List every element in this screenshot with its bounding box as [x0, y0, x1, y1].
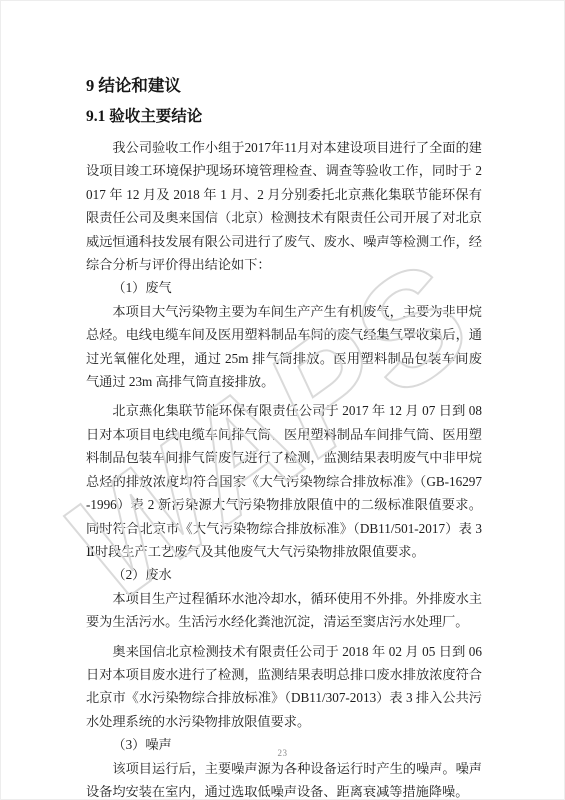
- paragraph-waste-gas-1: 本项目大气污染物主要为车间生产产生有机废气，主要为非甲烷总烃。电线电缆车间及医用…: [86, 300, 482, 394]
- paragraph-noise-1: 该项目运行后，主要噪声源为各种设备运行时产生的噪声。噪声设备均安装在室内，通过选…: [86, 757, 482, 800]
- paragraph-waste-water-1: 本项目生产过程循环水池冷却水，循环使用不外排。外排废水主要为生活污水。生活污水经…: [86, 587, 482, 634]
- paragraph-waste-water-2: 奥来国信北京检测技术有限责任公司于 2018 年 02 月 05 日到 06 日…: [86, 640, 482, 734]
- page-number: 23: [1, 748, 564, 758]
- paragraph-intro: 我公司验收工作小组于2017年11月对本建设项目进行了全面的建设项目竣工环境保护…: [86, 136, 482, 276]
- item-label-waste-gas: （1）废气: [86, 276, 482, 299]
- document-page: 9 结论和建议 9.1 验收主要结论 我公司验收工作小组于2017年11月对本建…: [0, 0, 565, 800]
- subsection-heading: 9.1 验收主要结论: [86, 107, 482, 127]
- item-label-waste-water: （2）废水: [86, 563, 482, 586]
- section-heading: 9 结论和建议: [86, 75, 482, 97]
- paragraph-waste-gas-2: 北京燕化集联节能环保有限责任公司于 2017 年 12 月 07 日到 08 日…: [86, 399, 482, 563]
